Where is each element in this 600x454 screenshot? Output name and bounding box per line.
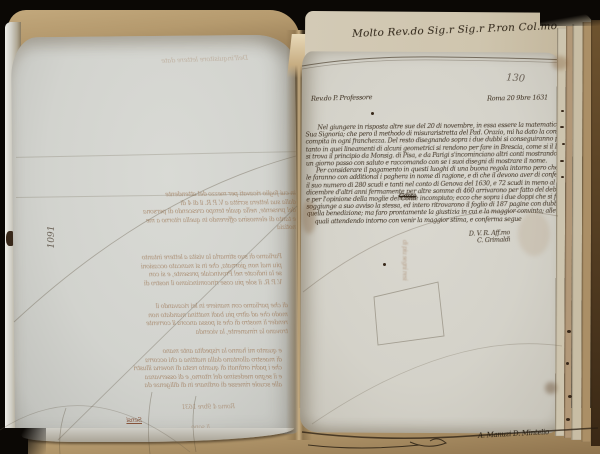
crease-arcs-overlay <box>0 0 600 454</box>
paper-stain <box>545 382 557 394</box>
paper-stain <box>518 212 550 256</box>
paper-stain <box>552 56 568 70</box>
ink-speck <box>383 263 386 266</box>
paper-stain <box>302 200 316 234</box>
photograph-open-manuscript: Dell'inquisitore lettere date 1091 in cu… <box>0 0 600 454</box>
ink-speck <box>371 112 374 115</box>
